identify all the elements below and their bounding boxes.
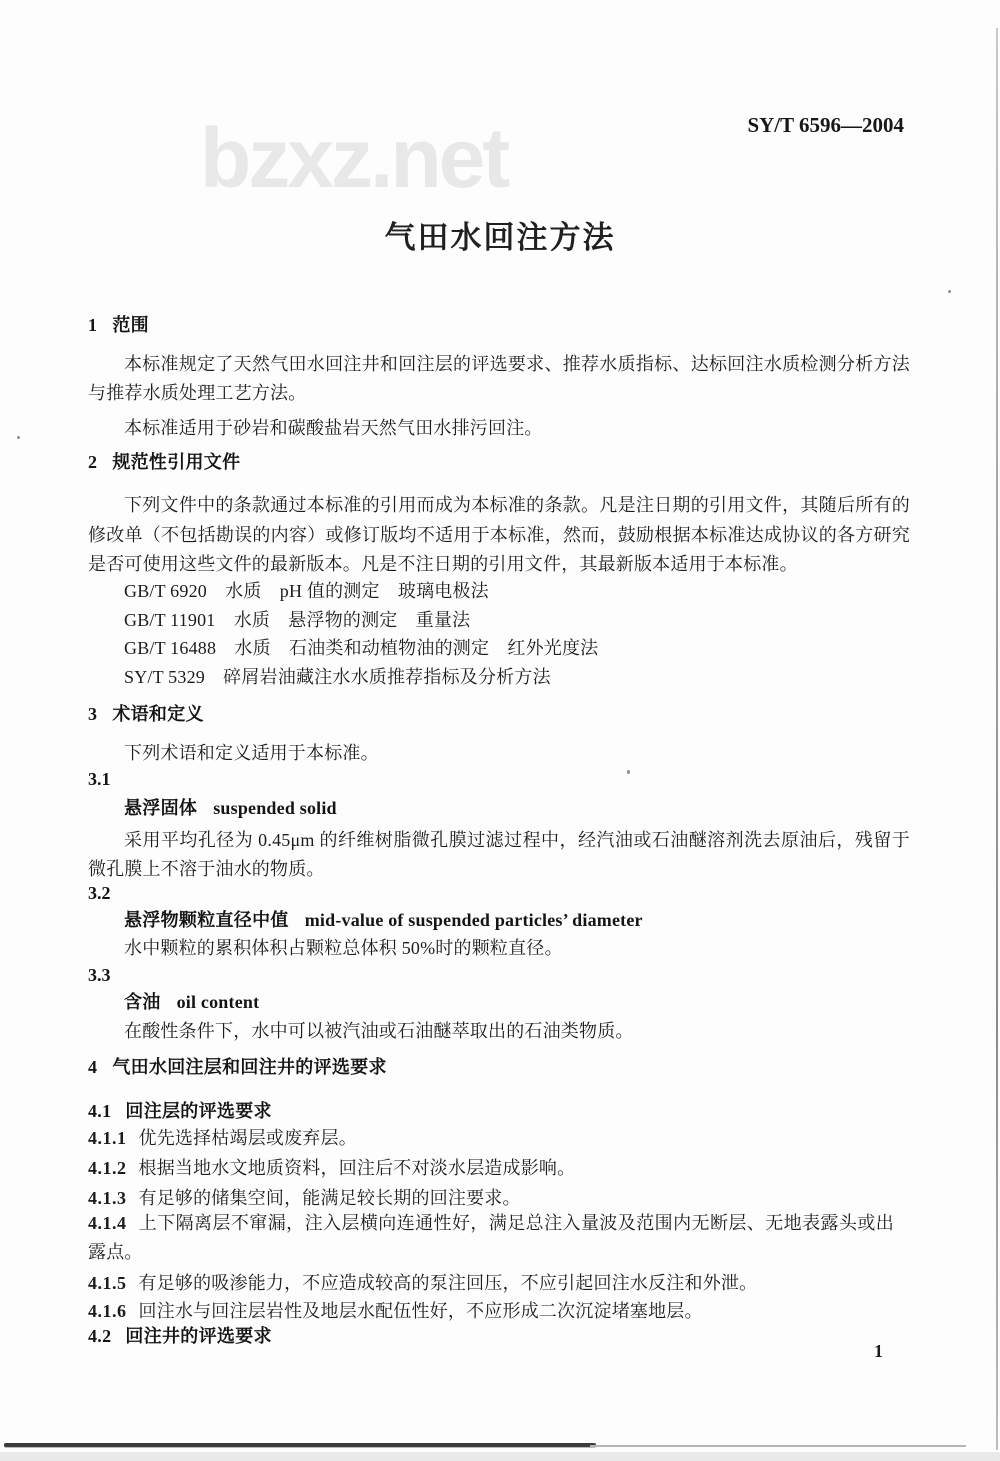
section-2-paragraph: 下列文件中的条款通过本标准的引用而成为本标准的条款。凡是注日期的引用文件，其随后… <box>88 491 910 580</box>
term-heading: 含油oil content <box>88 991 946 1013</box>
section-4-2-number: 4.2 <box>88 1326 111 1346</box>
term-heading: 悬浮物颗粒直径中值mid-value of suspended particle… <box>88 909 946 931</box>
scan-speck <box>948 290 951 293</box>
reference-item: GB/T 6920 水质 pH 值的测定 玻璃电极法 <box>88 577 910 606</box>
section-1-title: 范围 <box>112 315 149 335</box>
section-1-paragraph-2: 本标准适用于砂岩和碳酸盐岩天然气田水排污回注。 <box>88 414 910 443</box>
clause-number: 4.1.2 <box>88 1158 127 1178</box>
section-1-heading: 1范围 <box>88 314 910 336</box>
clause-number: 4.1.6 <box>88 1301 127 1321</box>
clause-text: 优先选择枯竭层或废弃层。 <box>139 1128 357 1148</box>
section-2-number: 2 <box>88 452 97 472</box>
normative-references-list: GB/T 6920 水质 pH 值的测定 玻璃电极法 GB/T 11901 水质… <box>88 577 910 691</box>
reference-item: GB/T 11901 水质 悬浮物的测定 重量法 <box>88 606 910 635</box>
clause: 4.1.1优先选择枯竭层或废弃层。 <box>88 1124 910 1153</box>
section-4-title: 气田水回注层和回注井的评选要求 <box>112 1057 387 1077</box>
clause-number: 4.1.4 <box>88 1213 127 1233</box>
scan-speck <box>627 770 630 774</box>
section-3-number: 3 <box>88 704 97 724</box>
section-2-heading: 2规范性引用文件 <box>88 451 910 473</box>
section-1-paragraph-1: 本标准规定了天然气田水回注井和回注层的评选要求、推荐水质指标、达标回注水质检测分… <box>88 350 910 408</box>
clause-text: 有足够的储集空间，能满足较长期的回注要求。 <box>139 1188 521 1208</box>
scan-edge-line <box>996 28 998 1450</box>
clause: 4.1.5有足够的吸渗能力，不应造成较高的泵注回压，不应引起回注水反注和外泄。 <box>88 1269 910 1298</box>
term-definition: 在酸性条件下，水中可以被汽油或石油醚萃取出的石油类物质。 <box>88 1017 910 1046</box>
reference-item: SY/T 5329 碎屑岩油藏注水水质推荐指标及分析方法 <box>88 663 910 692</box>
section-3-heading: 3术语和定义 <box>88 703 910 725</box>
section-4-number: 4 <box>88 1057 97 1077</box>
term-en: oil content <box>177 992 260 1012</box>
page-title: 气田水回注方法 <box>0 212 1000 257</box>
page-number: 1 <box>874 1341 883 1362</box>
section-4-1-title: 回注层的评选要求 <box>125 1101 271 1121</box>
section-4-2-title: 回注井的评选要求 <box>125 1326 271 1346</box>
clause-text: 有足够的吸渗能力，不应造成较高的泵注回压，不应引起回注水反注和外泄。 <box>139 1273 758 1293</box>
term-cn: 悬浮固体 <box>124 798 197 818</box>
section-4-1-number: 4.1 <box>88 1101 111 1121</box>
scan-speck <box>17 436 20 439</box>
term-cn: 含油 <box>124 992 161 1012</box>
scanned-standard-page: bzxz.net SY/T 6596—2004 气田水回注方法 1范围 本标准规… <box>0 0 1000 1461</box>
scan-bottom-line-light <box>590 1445 966 1447</box>
term-en: mid-value of suspended particles’ diamet… <box>305 910 643 930</box>
term-number: 3.1 <box>88 768 111 790</box>
section-1-number: 1 <box>88 315 97 335</box>
term-definition: 采用平均孔径为 0.45μm 的纤维树脂微孔膜过滤过程中，经汽油或石油醚溶剂洗去… <box>88 826 910 884</box>
clause: 4.1.4上下隔离层不窜漏，注入层横向连通性好，满足总注入量波及范围内无断层、无… <box>88 1209 894 1267</box>
section-4-heading: 4气田水回注层和回注井的评选要求 <box>88 1056 910 1078</box>
clause-number: 4.1.5 <box>88 1273 127 1293</box>
term-number: 3.2 <box>88 882 111 904</box>
clause-text: 上下隔离层不窜漏，注入层横向连通性好，满足总注入量波及范围内无断层、无地表露头或… <box>88 1213 894 1262</box>
term-heading: 悬浮固体suspended solid <box>88 797 946 819</box>
term-number: 3.3 <box>88 964 111 986</box>
clause-number: 4.1.1 <box>88 1128 127 1148</box>
clause-text: 根据当地水文地质资料，回注后不对淡水层造成影响。 <box>139 1158 576 1178</box>
section-4-1-heading: 4.1回注层的评选要求 <box>88 1100 910 1122</box>
watermark-text: bzxz.net <box>200 116 507 200</box>
clause-number: 4.1.3 <box>88 1188 127 1208</box>
clause: 4.1.2根据当地水文地质资料，回注后不对淡水层造成影响。 <box>88 1154 910 1183</box>
term-cn: 悬浮物颗粒直径中值 <box>124 910 289 930</box>
section-3-intro: 下列术语和定义适用于本标准。 <box>88 739 910 768</box>
reference-item: GB/T 16488 水质 石油类和动植物油的测定 红外光度法 <box>88 634 910 663</box>
term-en: suspended solid <box>213 798 337 818</box>
section-3-title: 术语和定义 <box>112 704 204 724</box>
clause-text: 回注水与回注层岩性及地层水配伍性好，不应形成二次沉淀堵塞地层。 <box>139 1301 703 1321</box>
standard-code: SY/T 6596—2004 <box>747 113 904 138</box>
section-4-2-heading: 4.2回注井的评选要求 <box>88 1325 910 1347</box>
scan-bottom-strip <box>0 1452 1000 1461</box>
clause: 4.1.6回注水与回注层岩性及地层水配伍性好，不应形成二次沉淀堵塞地层。 <box>88 1297 910 1326</box>
section-2-title: 规范性引用文件 <box>112 452 240 472</box>
term-definition: 水中颗粒的累积体积占颗粒总体积 50%时的颗粒直径。 <box>88 934 910 963</box>
scan-bottom-line-dark <box>4 1443 596 1447</box>
